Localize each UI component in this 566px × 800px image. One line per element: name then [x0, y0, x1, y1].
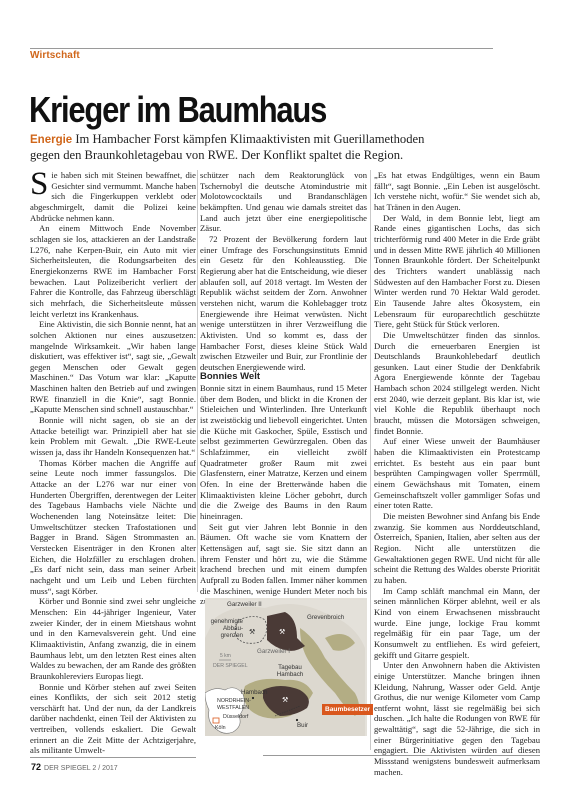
paragraph: Bonnie will nicht sagen, ob sie an der A…	[30, 415, 196, 458]
subheading: Bonnies Welt	[200, 372, 367, 383]
map-highlight-label: Baumbesetzer	[322, 704, 373, 715]
folio: 72DER SPIEGEL 2 / 2017	[31, 762, 118, 772]
dropcap: S	[30, 171, 48, 198]
map-label-nrw: NORDRHEIN- WESTFALEN	[217, 698, 249, 712]
paragraph: ie haben sich mit Steinen bewaffnet, die…	[30, 170, 196, 223]
section-label: Wirtschaft	[30, 50, 80, 61]
headline: Krieger im Baumhaus	[29, 92, 326, 128]
paragraph: Thomas Körber machen die Angriffe auf se…	[30, 458, 196, 597]
paragraph: Die Umweltschützer finden das sinnlos. D…	[374, 330, 540, 437]
map-label-duesseldorf: Düsseldorf	[223, 714, 248, 721]
paragraph: Der Wald, in dem Bonnie lebt, liegt am R…	[374, 213, 540, 330]
paragraph: Eine Aktivistin, die sich Bonnie nennt, …	[30, 319, 196, 415]
paragraph: Bonnie sitzt in einem Baumhaus, rund 15 …	[200, 383, 367, 522]
bottom-rule	[30, 757, 196, 758]
map-label-hambach: Hambach	[241, 689, 267, 696]
paragraph: Die meisten Bewohner sind Anfang bis End…	[374, 511, 540, 586]
map-credit: DER SPIEGEL	[213, 663, 248, 670]
svg-text:⚒: ⚒	[282, 696, 288, 704]
column-divider	[197, 170, 198, 592]
paragraph: „Es hat etwas Endgültiges, wenn ein Baum…	[374, 170, 540, 213]
paragraph: Körber und Bonnie sind zwei sehr ungleic…	[30, 596, 196, 681]
map-label-abbaugrenzen: genehmigte Abbau- grenzen	[209, 618, 243, 639]
map-label-koeln: Köln	[215, 725, 226, 732]
map-label-buir: Buir	[297, 722, 308, 729]
map-label-garzweiler-2: Garzweiler II	[227, 601, 262, 608]
paragraph: Seit gut vier Jahren lebt Bonnie in den …	[200, 522, 367, 607]
svg-text:⚒: ⚒	[249, 628, 255, 636]
issue-info: DER SPIEGEL 2 / 2017	[44, 765, 118, 772]
page-number: 72	[31, 762, 41, 772]
column-1: S ie haben sich mit Steinen bewaffnet, d…	[30, 170, 196, 756]
kicker: Energie	[30, 134, 72, 146]
paragraph: 72 Prozent der Bevölkerung fordern laut …	[200, 234, 367, 373]
paragraph: Im Camp schläft manchmal ein Mann, der s…	[374, 586, 540, 661]
paragraph: An einem Mittwoch Ende November schlagen…	[30, 223, 196, 319]
paragraph: Auf einer Wiese unweit der Baumhäuser ha…	[374, 436, 540, 511]
map-label-grevenbroich: Grevenbroich	[307, 614, 344, 621]
paragraph: Unter den Anwohnern haben die Aktivisten…	[374, 660, 540, 777]
deck-text: Im Hambacher Forst kämpfen Klimaaktivist…	[30, 132, 424, 162]
top-rule	[30, 48, 493, 49]
column-2: schützer nach dem Reaktorunglück von Tsc…	[200, 170, 367, 607]
svg-text:⚒: ⚒	[279, 628, 285, 636]
paragraph: schützer nach dem Reaktorunglück von Tsc…	[200, 170, 367, 234]
map-label-tagebau: Tagebau Hambach	[275, 664, 305, 678]
map-graphic: ⚒ ⚒ ⚒ Garzweiler II Grevenbroich genehmi…	[205, 598, 367, 736]
map-scale: 5 km	[220, 653, 231, 660]
map-label-garzweiler-1: Garzweiler I	[257, 648, 290, 655]
paragraph: Bonnie und Körber stehen auf zwei Seiten…	[30, 682, 196, 757]
deck: Energie Im Hambacher Forst kämpfen Klima…	[30, 132, 430, 163]
bottom-rule	[263, 755, 540, 756]
column-divider	[370, 170, 371, 750]
column-3: „Es hat etwas Endgültiges, wenn ein Baum…	[374, 170, 540, 777]
